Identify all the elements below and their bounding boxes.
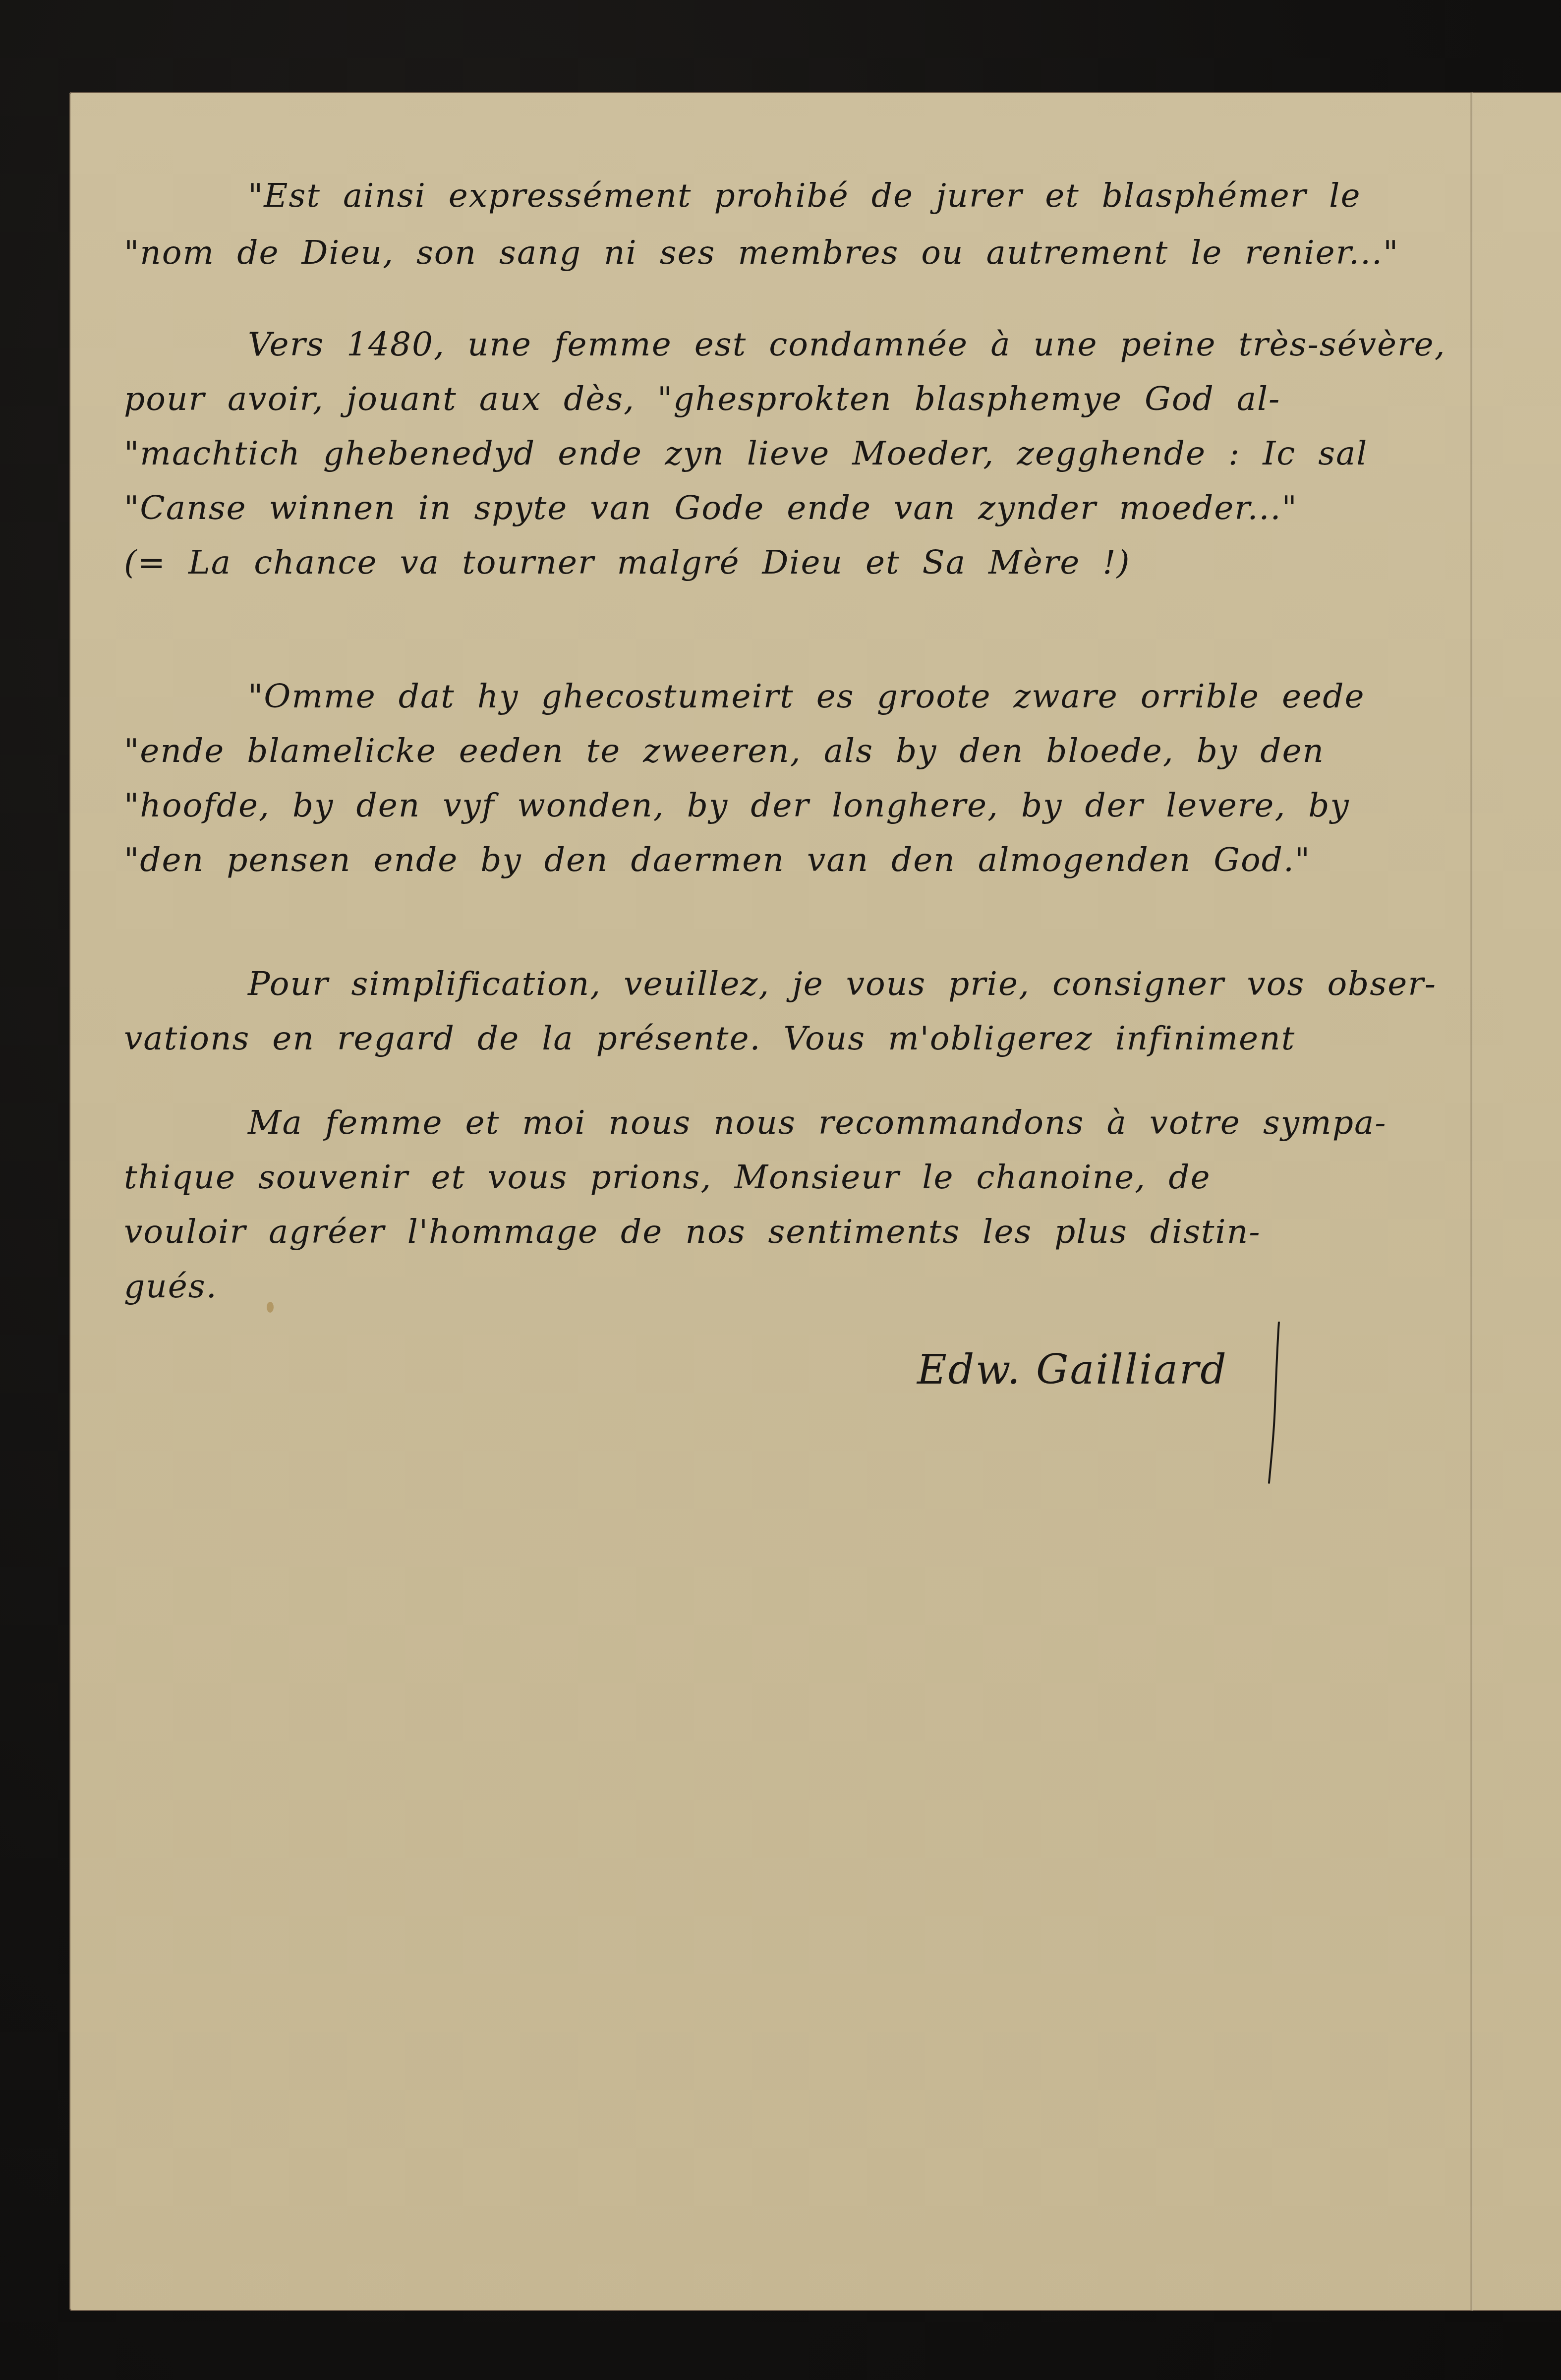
text-line: (= La chance va tourner malgré Dieu et S… (124, 543, 1131, 581)
paper-fold-crease (1470, 92, 1473, 2311)
letter-page: "Est ainsi expressément prohibé de jurer… (69, 92, 1561, 2311)
text-line: Vers 1480, une femme est condamnée à une… (248, 325, 1446, 363)
text-line: "ende blamelicke eeden te zweeren, als b… (124, 732, 1325, 770)
text-line: "Est ainsi expressément prohibé de jurer… (248, 176, 1361, 215)
text-line: thique souvenir et vous prions, Monsieur… (124, 1158, 1211, 1196)
ink-stain (267, 1302, 274, 1313)
text-line: "Canse winnen in spyte van Gode ende van… (124, 489, 1298, 527)
text-line: "nom de Dieu, son sang ni ses membres ou… (124, 233, 1399, 272)
text-line: "machtich ghebenedyd ende zyn lieve Moed… (124, 434, 1368, 472)
text-line: "hoofde, by den vyf wonden, by der longh… (124, 786, 1350, 824)
text-line: pour avoir, jouant aux dès, "ghesprokten… (124, 380, 1280, 418)
text-line: vouloir agréer l'hommage de nos sentimen… (124, 1213, 1261, 1251)
text-line: "Omme dat hy ghecostumeirt es groote zwa… (248, 677, 1365, 715)
text-line: "den pensen ende by den daermen van den … (124, 841, 1311, 879)
text-line: gués. (124, 1267, 218, 1305)
text-line: Pour simplification, veuillez, je vous p… (248, 965, 1437, 1003)
text-line: Ma femme et moi nous nous recommandons à… (248, 1103, 1387, 1142)
signature: Edw. Gailliard (917, 1346, 1228, 1393)
signature-flourish (1264, 1322, 1284, 1485)
text-line: vations en regard de la présente. Vous m… (124, 1019, 1295, 1057)
